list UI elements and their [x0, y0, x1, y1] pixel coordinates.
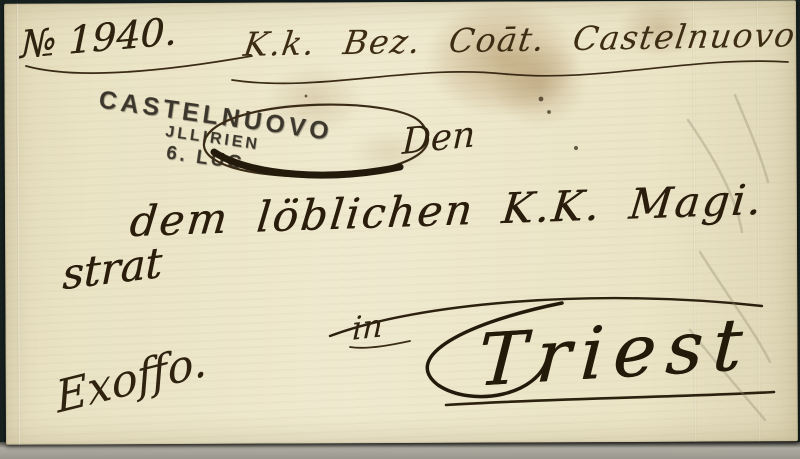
address-salutation: Den [401, 114, 475, 163]
paper-fold-crease [16, 4, 21, 445]
address-preposition: in [351, 306, 383, 348]
scanner-edge-strip [0, 442, 800, 459]
address-destination: Triest [476, 301, 755, 402]
scanned-letter-photo: CASTELNUOVO JLLIRIEN 6. LUG. № 1940. [0, 0, 800, 459]
